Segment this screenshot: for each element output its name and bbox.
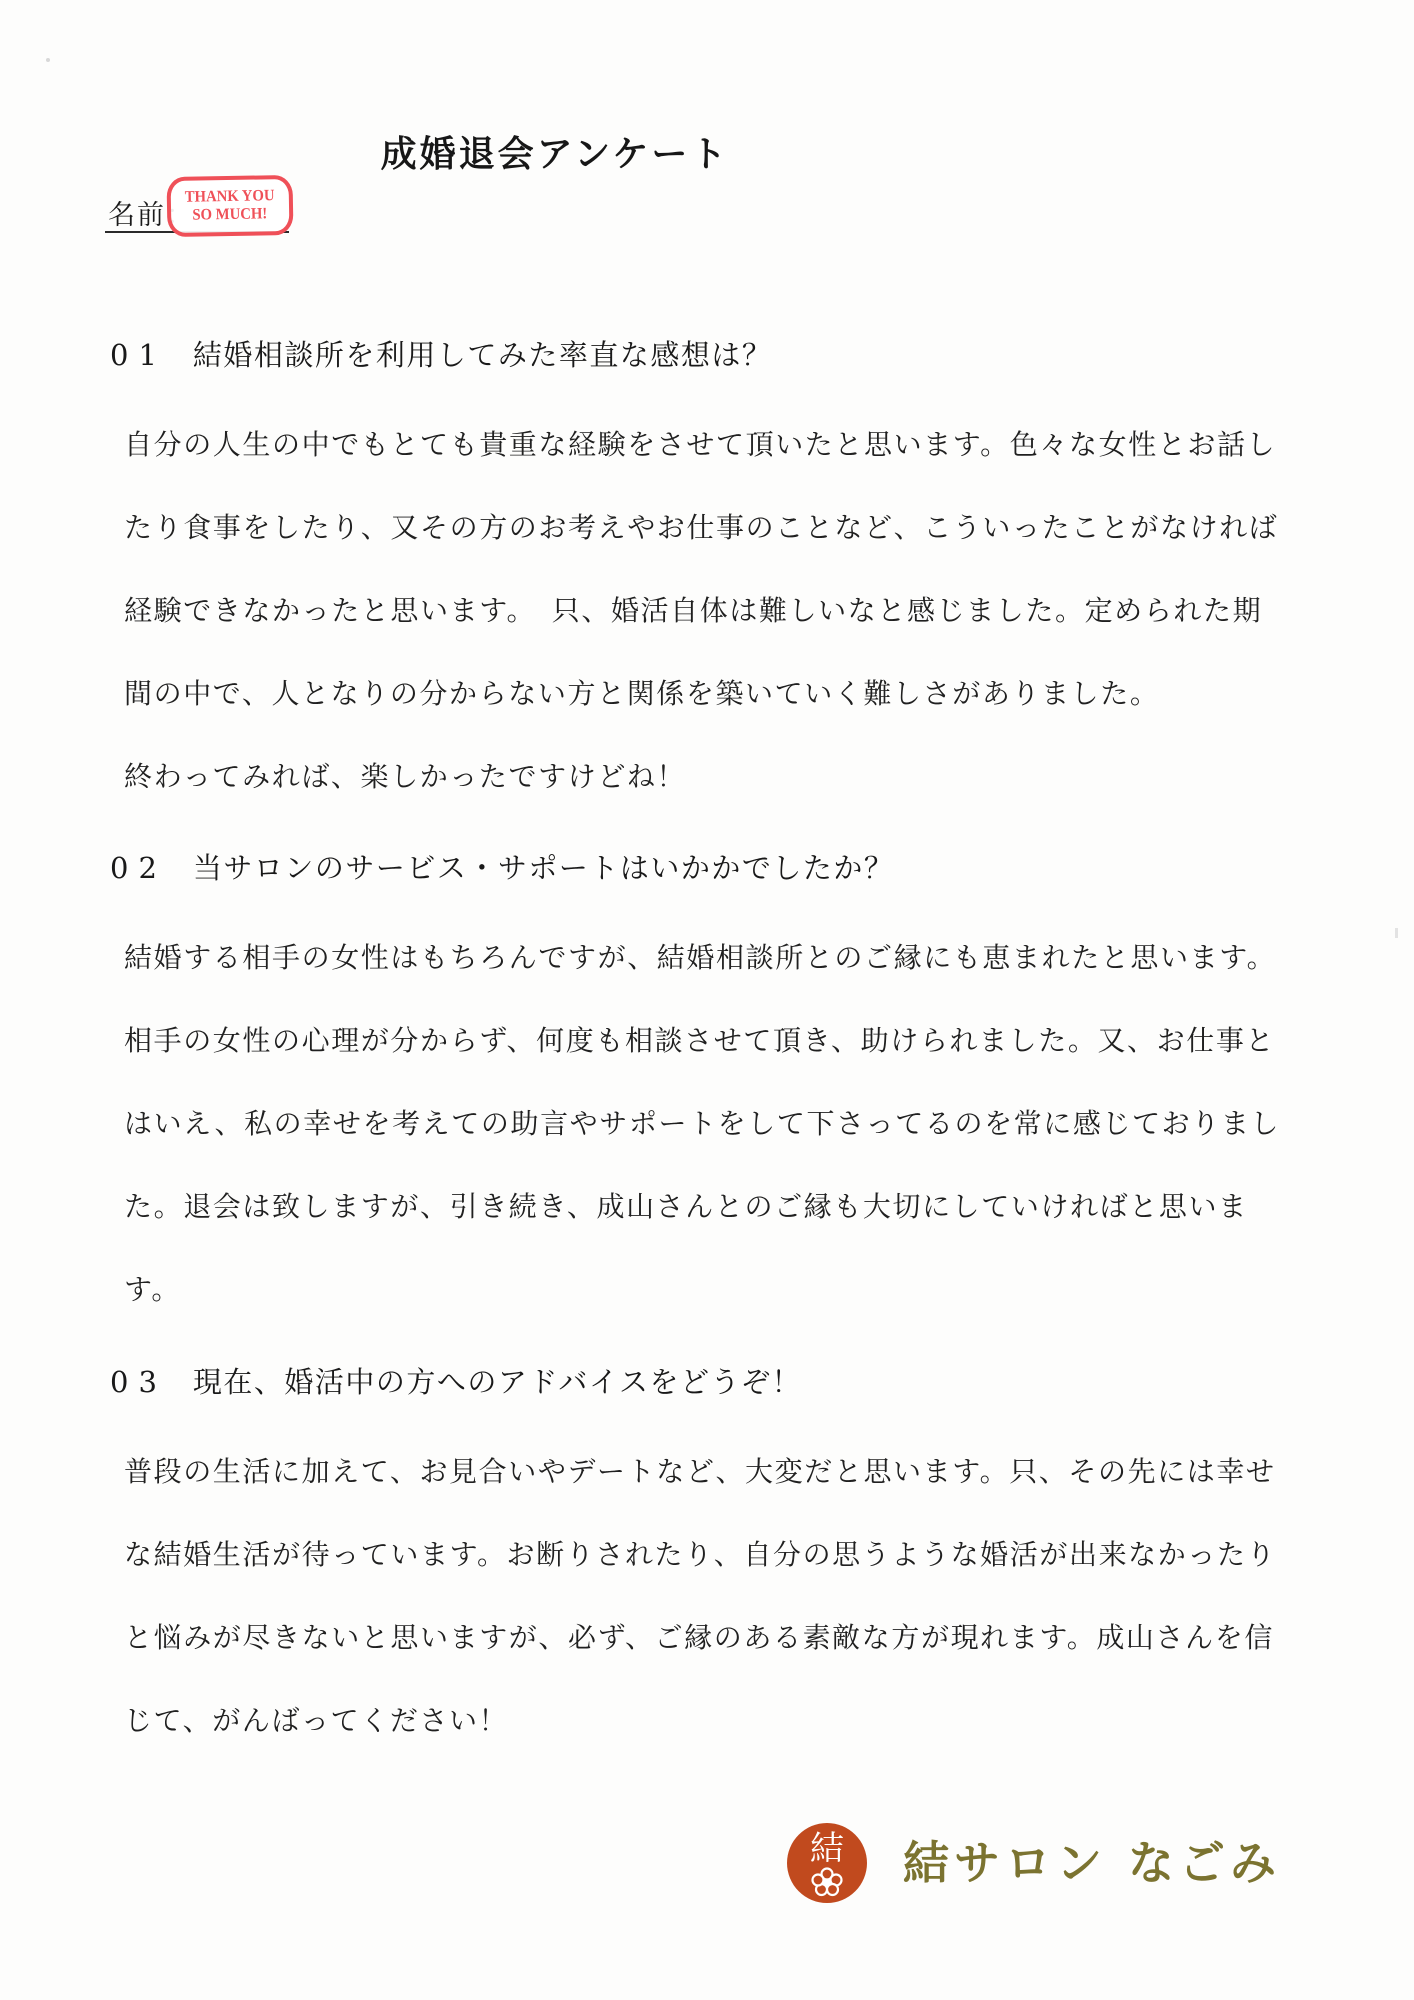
question-3-block: 03現在、婚活中の方へのアドバイスをどうぞ！ 普段の生活に加えて、お見合いやデー… <box>110 1365 1314 1762</box>
stamp-line-1: THANK YOU <box>185 187 275 207</box>
answer-line: 間の中で、人となりの分からない方と関係を築いていく難しさがありました。 <box>124 652 1314 735</box>
question-1-number: 01 <box>110 338 167 372</box>
salon-logo-text: 結サロン なごみ <box>903 1823 1281 1903</box>
answer-line: 相手の女性の心理が分からず、何度も相談させて頂き、助けられました。又、お仕事と <box>124 999 1314 1082</box>
answer-line: 普段の生活に加えて、お見合いやデートなど、大変だと思います。只、その先には幸せ <box>124 1430 1314 1513</box>
answer-line: 経験できなかったと思います。 只、婚活自体は難しいなと感じました。定められた期 <box>124 569 1314 652</box>
scan-artifact <box>46 58 50 62</box>
answer-line: 終わってみれば、楽しかったですけどね！ <box>124 735 1314 818</box>
salon-logo-mark-icon: 結 <box>787 1823 867 1903</box>
question-1-answer: 自分の人生の中でもとても貴重な経験をさせて頂いたと思います。色々な女性とお話し … <box>110 403 1314 818</box>
answer-line: な結婚生活が待っています。お断りされたり、自分の思うような婚活が出来なかったり <box>124 1513 1314 1596</box>
question-1-text: 結婚相談所を利用してみた率直な感想は？ <box>193 338 773 372</box>
question-2-answer: 結婚する相手の女性はもちろんですが、結婚相談所とのご縁にも恵まれたと思います。 … <box>110 916 1314 1331</box>
thank-you-stamp: THANK YOU SO MUCH! <box>166 175 293 237</box>
question-2-block: 02当サロンのサービス・サポートはいかかでしたか？ 結婚する相手の女性はもちろん… <box>110 851 1314 1331</box>
question-2-number: 02 <box>110 851 167 885</box>
answer-line: じて、がんばってください！ <box>124 1679 1314 1762</box>
answer-line: た。退会は致しますが、引き続き、成山さんとのご縁も大切にしていければと思いま <box>124 1165 1314 1248</box>
answer-line: たり食事をしたり、又その方のお考えやお仕事のことなど、こういったことがなければ <box>124 486 1314 569</box>
question-1-block: 01結婚相談所を利用してみた率直な感想は？ 自分の人生の中でもとても貴重な経験を… <box>110 338 1314 818</box>
question-3-answer: 普段の生活に加えて、お見合いやデートなど、大変だと思います。只、その先には幸せ … <box>110 1430 1314 1762</box>
page-title: 成婚退会アンケート <box>0 126 1110 177</box>
question-2-heading: 02当サロンのサービス・サポートはいかかでしたか？ <box>110 851 1314 885</box>
salon-logo-kanji: 結 <box>810 1829 844 1869</box>
answer-line: はいえ、私の幸せを考えての助言やサポートをして下さってるのを常に感じておりまし <box>124 1082 1314 1165</box>
answer-line: 自分の人生の中でもとても貴重な経験をさせて頂いたと思います。色々な女性とお話し <box>124 403 1314 486</box>
answer-line: 結婚する相手の女性はもちろんですが、結婚相談所とのご縁にも恵まれたと思います。 <box>124 916 1314 999</box>
answer-line: す。 <box>124 1248 1314 1331</box>
question-1-heading: 01結婚相談所を利用してみた率直な感想は？ <box>110 338 1314 372</box>
question-3-text: 現在、婚活中の方へのアドバイスをどうぞ！ <box>193 1365 802 1399</box>
question-2-text: 当サロンのサービス・サポートはいかかでしたか？ <box>193 851 895 885</box>
scan-artifact <box>1395 928 1398 938</box>
scanned-questionnaire-page: 成婚退会アンケート 名前： THANK YOU SO MUCH! 01結婚相談所… <box>0 0 1414 2000</box>
answer-line: と悩みが尽きないと思いますが、必ず、ご縁のある素敵な方が現れます。成山さんを信 <box>124 1596 1314 1679</box>
stamp-line-2: SO MUCH! <box>193 205 268 224</box>
question-3-number: 03 <box>110 1365 167 1399</box>
name-field-row: 名前： THANK YOU SO MUCH! <box>105 190 505 250</box>
question-3-heading: 03現在、婚活中の方へのアドバイスをどうぞ！ <box>110 1365 1314 1399</box>
